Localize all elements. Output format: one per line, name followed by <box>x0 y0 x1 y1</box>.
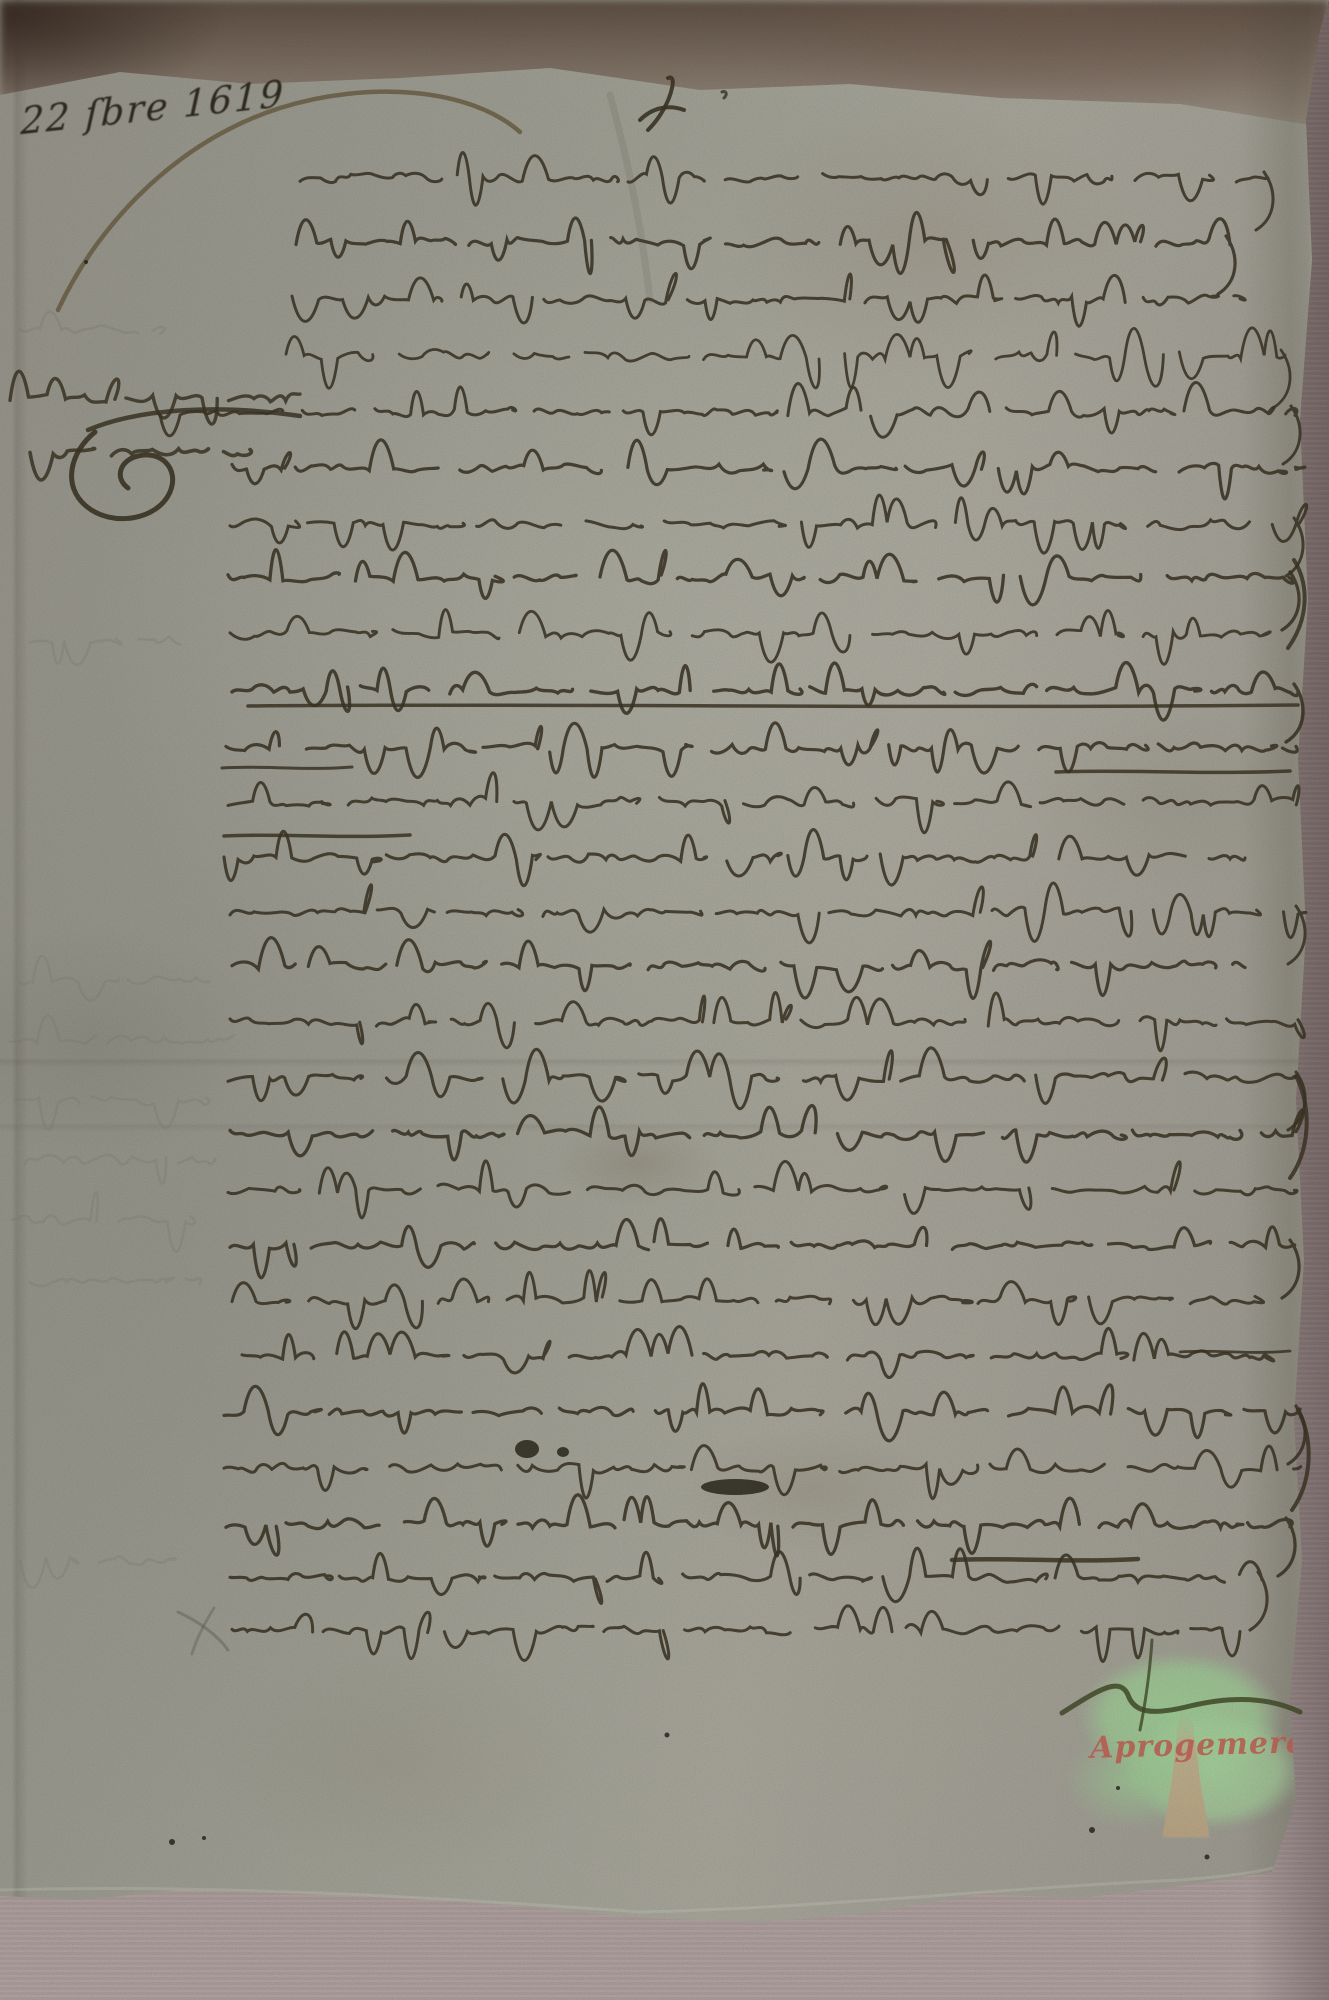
handwriting-layer <box>0 0 1329 2000</box>
photograph: Aprogemere 22 ſbre 1619 <box>0 0 1329 2000</box>
photo-grain <box>0 0 1329 2000</box>
